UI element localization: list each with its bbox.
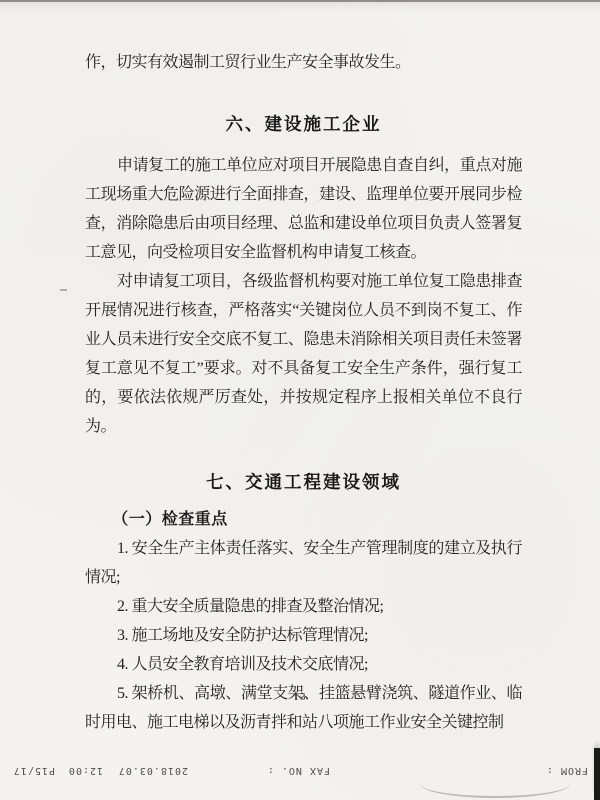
scan-speck-artifact	[60, 289, 67, 291]
paragraph: 申请复工的施工单位应对项目开展隐患自查自纠，重点对施工现场重大危险源进行全面排查…	[85, 151, 522, 267]
section-heading-traffic-engineering: 七、交通工程建设领域	[85, 469, 522, 494]
subsection-heading-inspection-focus: （一）检查重点	[85, 505, 522, 534]
scan-page-fold-artifact	[420, 770, 570, 798]
scanned-fax-document-page: 作，切实有效遏制工贸行业生产安全事故发生。 六、建设施工企业 申请复工的施工单位…	[0, 0, 600, 800]
scan-right-edge-artifact	[594, 748, 600, 800]
section-heading-construction-enterprises: 六、建设施工企业	[85, 111, 522, 136]
document-body: 作，切实有效遏制工贸行业生产安全事故发生。 六、建设施工企业 申请复工的施工单位…	[85, 48, 522, 737]
fax-page-indicator: P15/17	[13, 765, 55, 776]
fax-time: 12:00	[68, 765, 103, 776]
page-number: 13	[0, 691, 600, 703]
scan-top-edge-artifact	[0, 0, 600, 2]
list-item: 1. 安全生产主体责任落实、安全生产管理制度的建立及执行情况;	[85, 534, 522, 592]
continuation-paragraph: 作，切实有效遏制工贸行业生产安全事故发生。	[85, 48, 522, 77]
list-item: 4. 人员安全教育培训及技术交底情况;	[85, 650, 522, 679]
fax-number-label: FAX NO. :	[267, 765, 330, 776]
paragraph: 对申请复工项目，各级监督机构要对施工单位复工隐患排查开展情况进行核查，严格落实“…	[85, 267, 522, 441]
list-item: 3. 施工场地及安全防护达标管理情况;	[85, 621, 522, 650]
list-item: 2. 重大安全质量隐患的排查及整治情况;	[85, 592, 522, 621]
list-item: 5. 架桥机、高墩、满堂支架、挂篮悬臂浇筑、隧道作业、临时用电、施工电梯以及沥青…	[85, 679, 522, 737]
fax-date: 2018.03.07	[118, 765, 188, 776]
